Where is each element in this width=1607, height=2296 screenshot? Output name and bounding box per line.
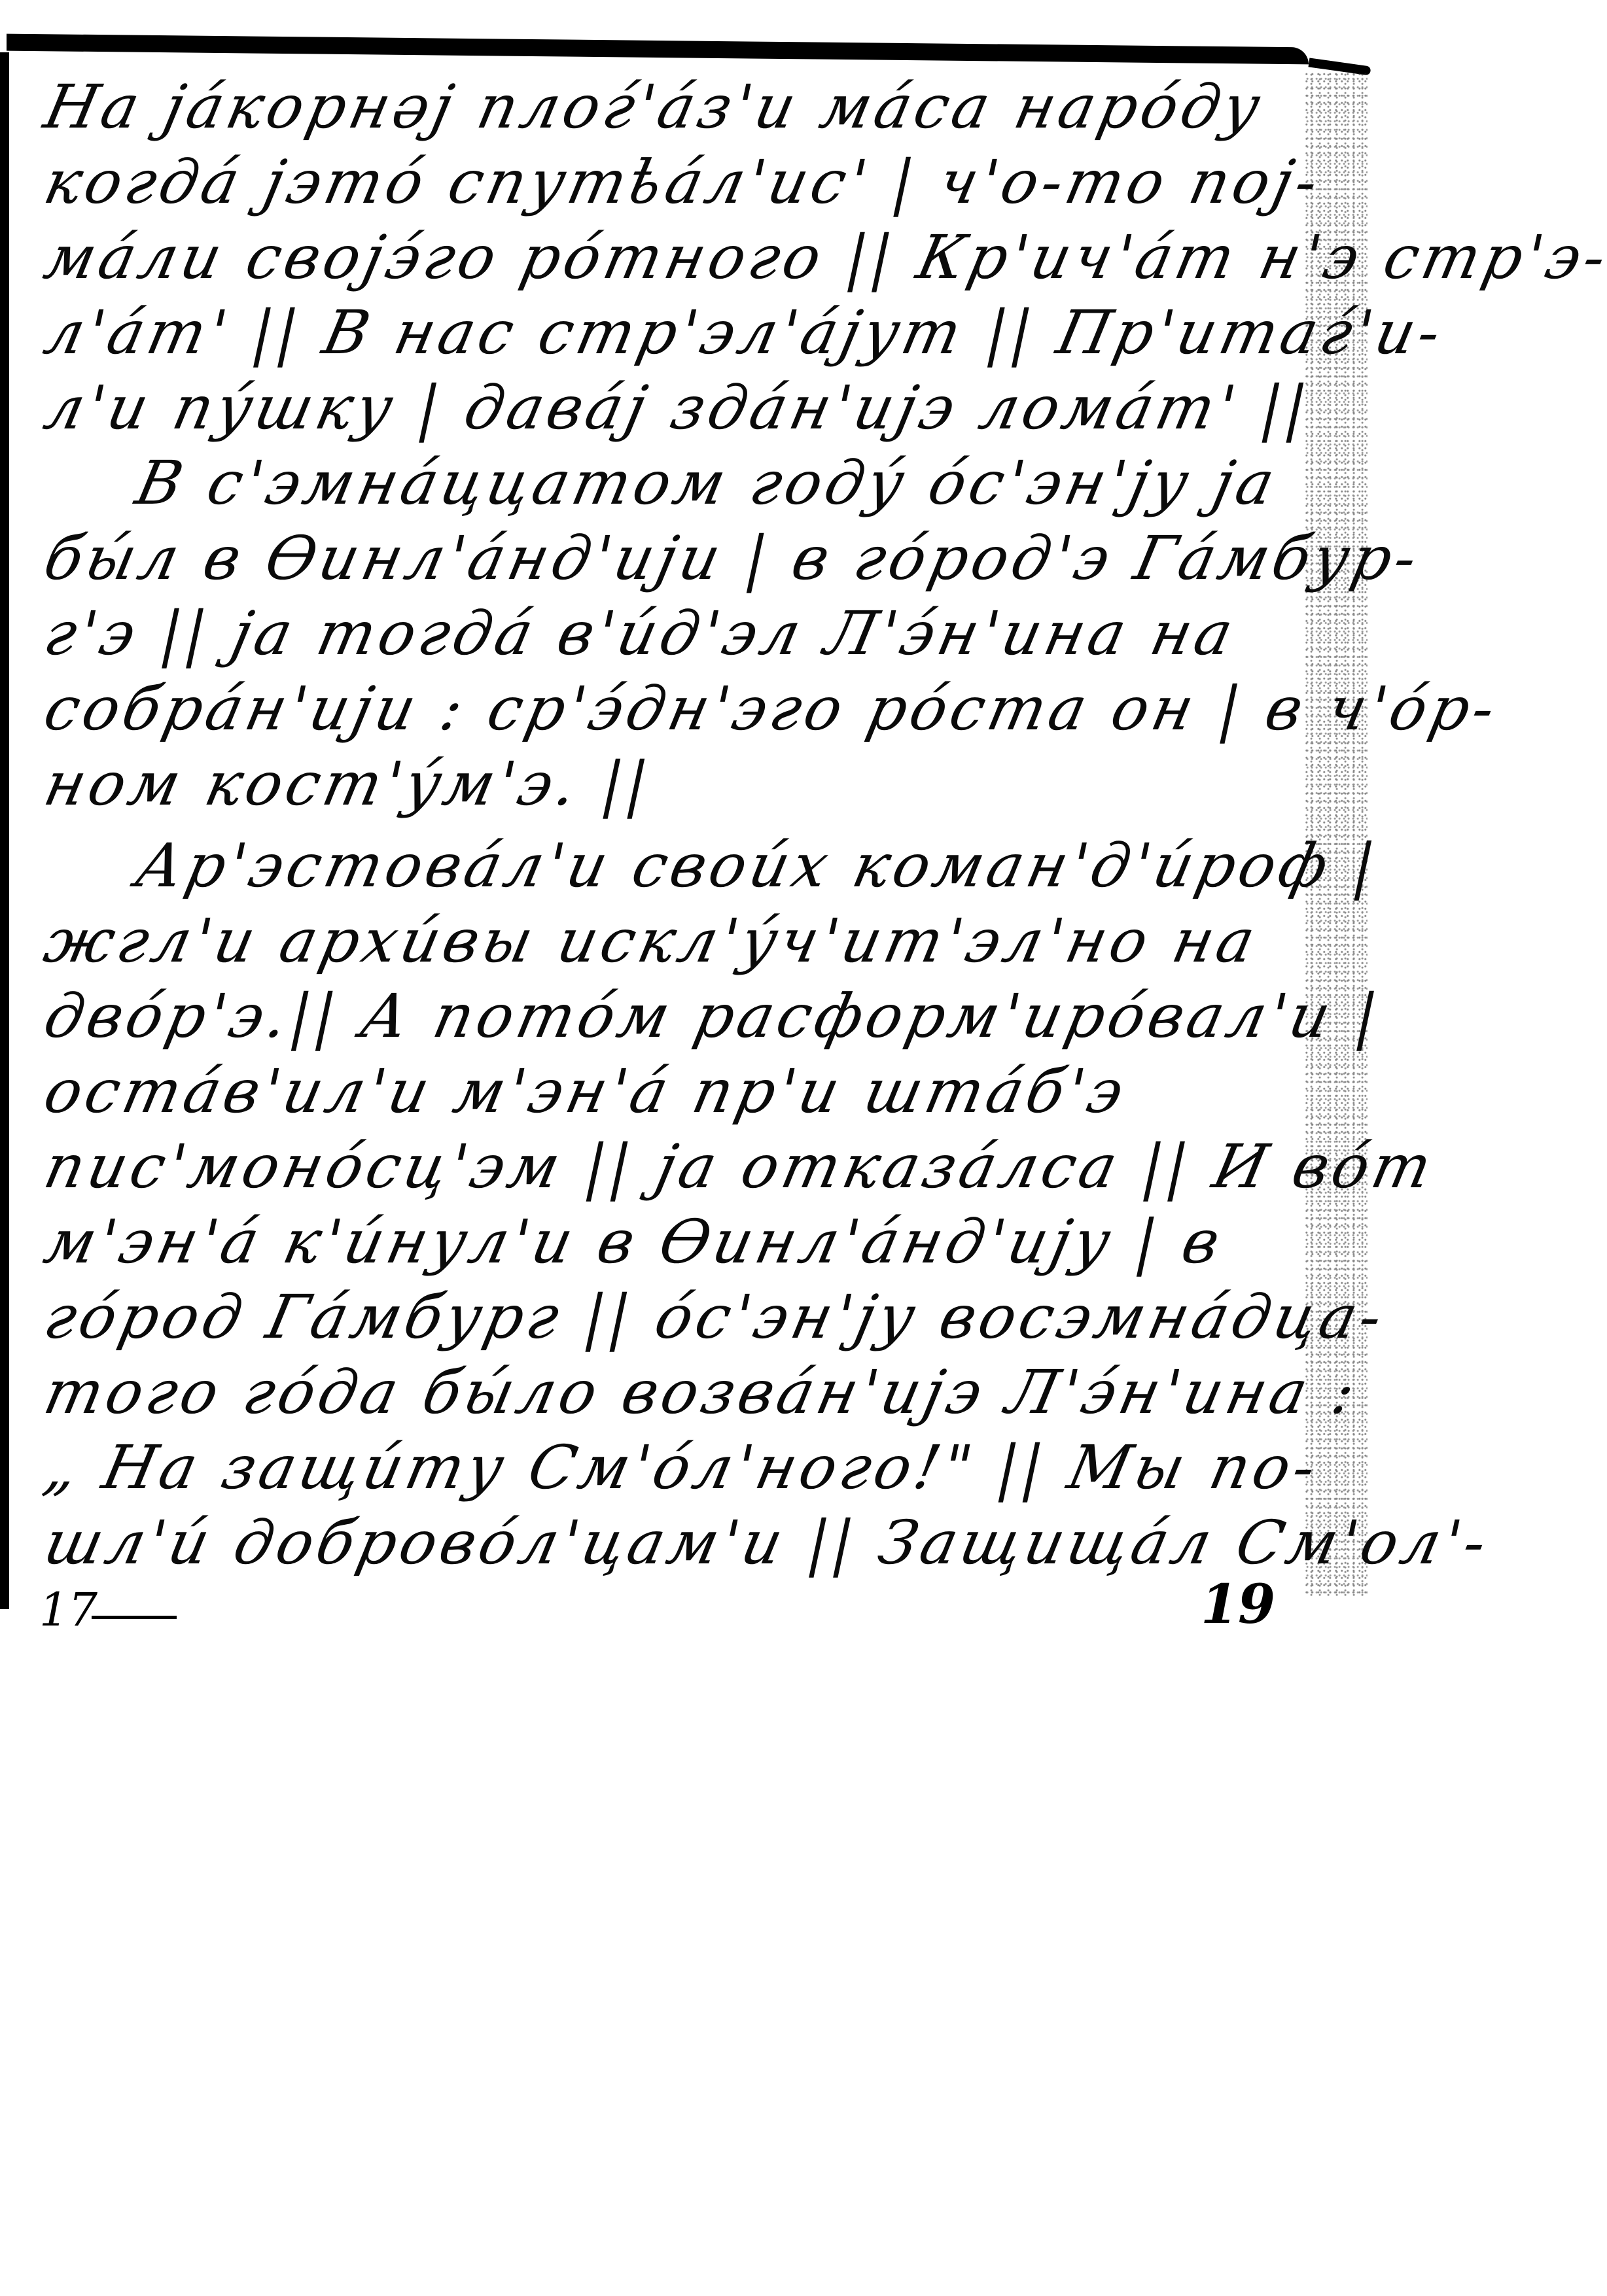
page-left-edge-shadow [0, 52, 9, 1609]
text-line: жгл'и архи́вы искл'у́ч'ит'эл'но на [39, 906, 1265, 976]
text-line: бы́л в Ѳинл'а́нд'ији | в го́род'э Га́мбу… [39, 523, 1427, 593]
text-line: На ја́корнәј плоѓ'а́з'и ма́са наро́ду [39, 72, 1270, 142]
text-line: л'и пу́шку | дава́ј зда́н'ијэ лома́т' || [39, 373, 1318, 443]
text-line: пис'моно́сц'эм || ја отказа́лса || И во́… [39, 1132, 1441, 1202]
text-line: оста́в'ил'и м'эн'а́ пр'и шта́б'э [39, 1056, 1133, 1126]
page-number-right: 19 [1201, 1573, 1275, 1636]
scanned-page: На ја́корнәј плоѓ'а́з'и ма́са наро́ду ко… [0, 0, 1607, 2296]
text-line: г'э || ја тогда́ в'и́д'эл Л'э́н'ина на [39, 599, 1243, 669]
text-line: того го́да бы́ло возва́н'ијэ Л'э́н'ина : [39, 1357, 1365, 1427]
text-line: когда́ јэто́ спутҍа́л'ис' | ч'о-то пој- [39, 147, 1328, 217]
text-line: дво́р'э.|| А пото́м расформ'иро́вал'и | [39, 981, 1388, 1051]
page-number-underline [92, 1616, 177, 1619]
text-line: л'а́т' || В нас стр'эл'а́јут || Пр'итаѓ'… [39, 298, 1451, 368]
page-number-left: 17 [39, 1583, 97, 1637]
page-left-edge-mark [0, 1570, 7, 1590]
text-line: м'эн'а́ к'и́нул'и в Ѳинл'а́нд'ију | в [39, 1207, 1230, 1277]
text-line: Ар'эстова́л'и свои́х коман'д'и́роф | [130, 831, 1386, 901]
text-line: „ На защи́ту См'о́л'ного!" || Мы по- [39, 1433, 1326, 1503]
text-line: го́род Га́мбург || о́с'эн'ју восэмна́дца… [39, 1282, 1392, 1352]
text-line: ма́ли својэ́го ро́тного || Кр'ич'а́т н'э… [39, 222, 1607, 292]
text-line: ном кост'у́м'э. || [39, 749, 659, 819]
text-line: собра́н'ији : ср'э́дн'эго ро́ста он | в … [39, 674, 1505, 744]
text-line: В с'эмна́ццатом году́ о́с'эн'ју ја [130, 448, 1284, 518]
page-top-edge-shadow [7, 34, 1309, 65]
text-line: шл'и́ доброво́л'цам'и || Защища́л См'ол'… [39, 1508, 1496, 1578]
